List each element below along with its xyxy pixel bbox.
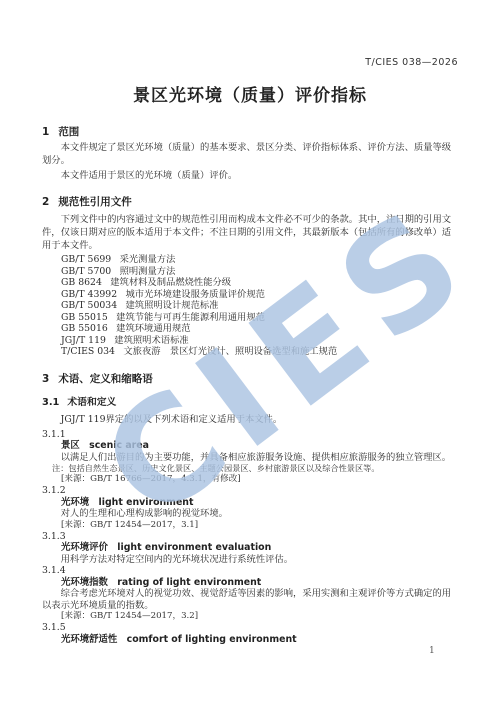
reference-code: T/CIES 034 [61,346,115,357]
scope-paragraph-2: 本文件适用于景区的光环境（质量）评价。 [42,169,458,182]
term-entry: 3.1.1 景区scenic area 以满足人们出游目的为主要功能，并具备相应… [42,429,458,486]
section-number: 3 [42,373,49,385]
term-name: 光环境light environment [42,497,458,509]
reference-code: GB/T 43992 [61,289,117,300]
reference-title: 城市光环境建设服务质量评价规范 [125,289,264,300]
reference-title: 采光测量方法 [120,254,176,265]
document-page: CIES T/CIES 038—2026 景区光环境（质量）评价指标 1范围 本… [0,0,500,706]
term-name: 光环境舒适性comfort of lighting environment [42,634,458,646]
term-note: 注：包括自然生态景区、历史文化景区、主题公园景区、乡村旅游景区以及综合性景区等。 [42,463,458,474]
reference-title: 建筑节能与可再生能源利用通用规范 [116,312,265,323]
document-title: 景区光环境（质量）评价指标 [42,90,458,103]
subsection-title: 术语和定义 [67,397,116,408]
reference-code: GB 8624 [61,277,102,288]
reference-list: GB/T 5699采光测量方法 GB/T 5700照明测量方法 GB 8624建… [42,254,458,358]
subsection-number: 3.1 [42,397,59,408]
terms-intro: JGJ/T 119界定的以及下列术语和定义适用于本文件。 [42,413,458,426]
term-definition: 以满足人们出游目的为主要功能，并具备相应旅游服务设施、提供相应旅游服务的独立管理… [42,452,458,464]
section-heading-normative-refs: 2规范性引用文件 [42,196,458,209]
term-number: 3.1.1 [42,429,458,441]
reference-code: JGJ/T 119 [61,335,106,346]
page-content: T/CIES 038—2026 景区光环境（质量）评价指标 1范围 本文件规定了… [42,56,458,645]
term-number: 3.1.4 [42,565,458,577]
reference-title: 文旅夜游 景区灯光设计、照明设备选型和施工规范 [123,346,337,357]
section-title: 术语、定义和缩略语 [58,373,153,385]
term-name-en: scenic area [89,440,149,451]
term-name-en: rating of light environment [117,577,261,588]
reference-item: GB/T 5700照明测量方法 [42,266,458,278]
term-name-en: light environment [99,497,194,508]
term-entry: 3.1.5 光环境舒适性comfort of lighting environm… [42,622,458,645]
term-number: 3.1.2 [42,485,458,497]
term-source: [来源：GB/T 16766—2017，4.3.1，有修改] [42,474,458,485]
term-entries: 3.1.1 景区scenic area 以满足人们出游目的为主要功能，并具备相应… [42,429,458,646]
subsection-heading-terms-definitions: 3.1术语和定义 [42,396,458,409]
reference-code: GB/T 50034 [61,300,117,311]
reference-code: GB 55016 [61,323,108,334]
reference-title: 照明测量方法 [120,266,176,277]
section-title: 规范性引用文件 [58,196,132,208]
term-name-zh: 光环境舒适性 [61,634,117,645]
term-number: 3.1.5 [42,622,458,634]
reference-item: JGJ/T 119建筑照明术语标准 [42,335,458,347]
term-name-zh: 景区 [61,440,80,451]
reference-title: 建筑材料及制品燃烧性能分级 [110,277,231,288]
section-number: 1 [42,126,49,138]
reference-title: 建筑照明术语标准 [114,335,188,346]
section-heading-scope: 1范围 [42,126,458,139]
reference-code: GB/T 5700 [61,266,111,277]
term-definition: 综合考虑光环境对人的视觉功效、视觉舒适等因素的影响，采用实测和主观评价等方式确定… [42,588,458,611]
reference-title: 建筑照明设计规范标准 [125,300,218,311]
term-source: [来源：GB/T 12454—2017，3.1] [42,520,458,531]
normative-refs-intro: 下列文件中的内容通过文中的规范性引用而构成本文件必不可少的条款。其中，注日期的引… [42,213,458,252]
reference-title: 建筑环境通用规范 [116,323,190,334]
term-definition: 对人的生理和心理构成影响的视觉环境。 [42,508,458,520]
term-name-zh: 光环境指数 [61,577,108,588]
reference-item: GB 55015建筑节能与可再生能源利用通用规范 [42,312,458,324]
term-number: 3.1.3 [42,531,458,543]
reference-item: GB/T 43992城市光环境建设服务质量评价规范 [42,289,458,301]
term-name-en: comfort of lighting environment [127,634,297,645]
page-number: 1 [429,646,435,656]
reference-item: T/CIES 034文旅夜游 景区灯光设计、照明设备选型和施工规范 [42,346,458,358]
scope-paragraph-1: 本文件规定了景区光环境（质量）的基本要求、景区分类、评价指标体系、评价方法、质量… [42,141,458,167]
reference-item: GB 55016建筑环境通用规范 [42,323,458,335]
term-name: 景区scenic area [42,440,458,452]
reference-item: GB 8624建筑材料及制品燃烧性能分级 [42,277,458,289]
reference-code: GB/T 5699 [61,254,111,265]
section-title: 范围 [58,126,79,138]
term-entry: 3.1.4 光环境指数rating of light environment 综… [42,565,458,622]
reference-code: GB 55015 [61,312,108,323]
term-source: [来源：GB/T 12454—2017，3.2] [42,611,458,622]
reference-item: GB/T 5699采光测量方法 [42,254,458,266]
reference-item: GB/T 50034建筑照明设计规范标准 [42,300,458,312]
term-entry: 3.1.3 光环境评价light environment evaluation … [42,531,458,566]
term-name: 光环境指数rating of light environment [42,577,458,589]
standard-code: T/CIES 038—2026 [42,56,458,69]
term-name-en: light environment evaluation [117,542,271,553]
term-name-zh: 光环境 [61,497,89,508]
section-number: 2 [42,196,49,208]
section-heading-terms: 3术语、定义和缩略语 [42,373,458,386]
term-definition: 用科学方法对特定空间内的光环境状况进行系统性评估。 [42,554,458,566]
term-name: 光环境评价light environment evaluation [42,542,458,554]
term-entry: 3.1.2 光环境light environment 对人的生理和心理构成影响的… [42,485,458,531]
term-name-zh: 光环境评价 [61,542,108,553]
